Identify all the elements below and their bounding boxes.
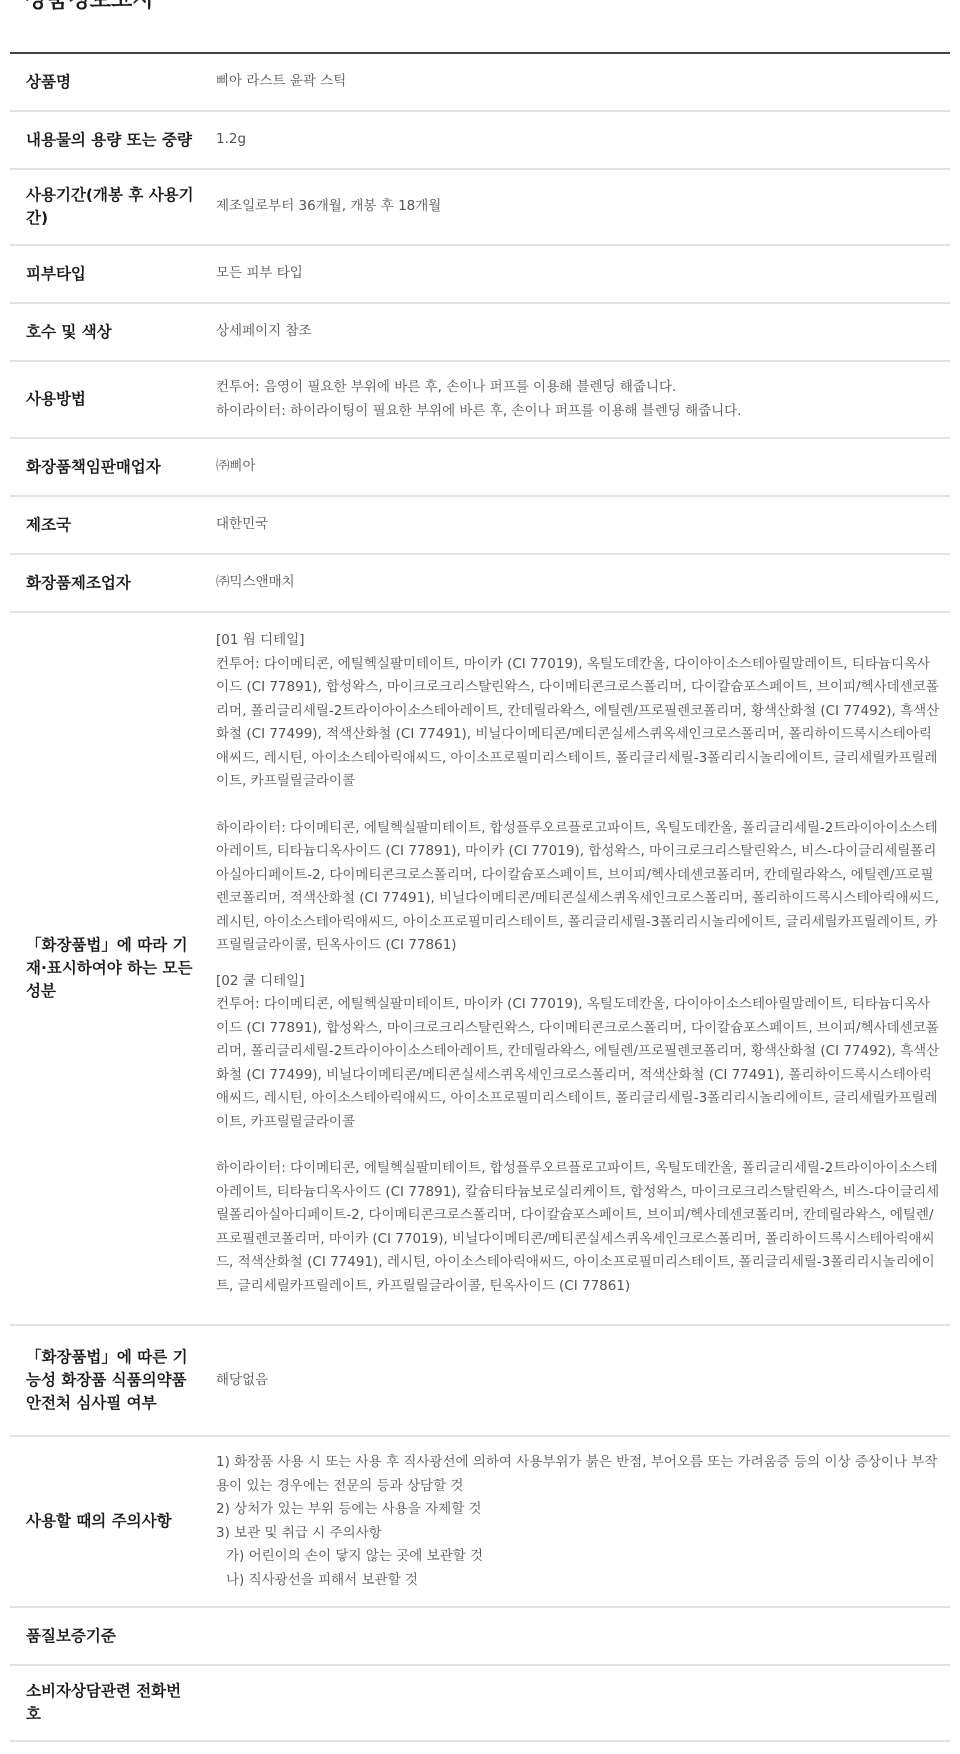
row-label: 내용물의 용량 또는 중량 bbox=[10, 111, 206, 169]
row-label: 소비자상담관련 전화번호 bbox=[10, 1665, 206, 1741]
product-info-notice: 상품정보고시 상품명 삐아 라스트 윤곽 스틱 내용물의 용량 또는 중량 1.… bbox=[0, 0, 960, 1742]
row-value: 제조일로부터 36개월, 개봉 후 18개월 bbox=[206, 169, 950, 245]
table-row-seller: 화장품책임판매업자 ㈜삐아 bbox=[10, 438, 950, 496]
row-label: 화장품책임판매업자 bbox=[10, 438, 206, 496]
info-table: 상품명 삐아 라스트 윤곽 스틱 내용물의 용량 또는 중량 1.2g 사용기간… bbox=[10, 54, 950, 1742]
precaution-line: 가) 어린이의 손이 닿지 않는 곳에 보관할 것 bbox=[216, 1545, 940, 1569]
row-value: [01 웜 디테일] 컨투어: 다이메티콘, 에틸헥실팔미테이트, 마이카 (C… bbox=[206, 612, 950, 1325]
table-row-usage: 사용방법 컨투어: 음영이 필요한 부위에 바른 후, 손이나 퍼프를 이용해 … bbox=[10, 361, 950, 438]
ingredient-highlighter: 하이라이터: 다이메티콘, 에틸헥실팔미테이트, 합성플루오르플로고파이트, 옥… bbox=[216, 817, 940, 958]
page-title: 상품정보고시 bbox=[10, 0, 950, 40]
table-row-manufacturer: 화장품제조업자 ㈜믹스앤매치 bbox=[10, 554, 950, 612]
table-row-shade: 호수 및 색상 상세페이지 참조 bbox=[10, 303, 950, 361]
ingredient-highlighter: 하이라이터: 다이메티콘, 에틸헥실팔미테이트, 합성플루오르플로고파이트, 옥… bbox=[216, 1157, 940, 1298]
row-label: 화장품제조업자 bbox=[10, 554, 206, 612]
row-value: 1) 화장품 사용 시 또는 사용 후 직사광선에 의하여 사용부위가 붉은 반… bbox=[206, 1436, 950, 1607]
row-label: 호수 및 색상 bbox=[10, 303, 206, 361]
ingredient-contour: 컨투어: 다이메티콘, 에틸헥실팔미테이트, 마이카 (CI 77019), 옥… bbox=[216, 993, 940, 1134]
row-label: 제조국 bbox=[10, 496, 206, 554]
table-row-product-name: 상품명 삐아 라스트 윤곽 스틱 bbox=[10, 54, 950, 111]
usage-line: 컨투어: 음영이 필요한 부위에 바른 후, 손이나 퍼프를 이용해 블렌딩 해… bbox=[216, 376, 940, 400]
row-label: 피부타입 bbox=[10, 245, 206, 303]
precaution-line: 2) 상처가 있는 부위 등에는 사용을 자제할 것 bbox=[216, 1498, 940, 1522]
row-label: 품질보증기준 bbox=[10, 1607, 206, 1665]
row-value: 삐아 라스트 윤곽 스틱 bbox=[206, 54, 950, 111]
precaution-line: 나) 직사광선을 피해서 보관할 것 bbox=[216, 1569, 940, 1593]
ingredient-heading: [02 쿨 디테일] bbox=[216, 970, 940, 994]
row-value bbox=[206, 1607, 950, 1665]
row-label: 「화장품법」에 따라 기재·표시하여야 하는 모든 성분 bbox=[10, 612, 206, 1325]
row-label: 사용방법 bbox=[10, 361, 206, 438]
row-value: 해당없음 bbox=[206, 1325, 950, 1436]
row-value: 모든 피부 타입 bbox=[206, 245, 950, 303]
table-row-ingredients: 「화장품법」에 따라 기재·표시하여야 하는 모든 성분 [01 웜 디테일] … bbox=[10, 612, 950, 1325]
table-row-shelf-life: 사용기간(개봉 후 사용기간) 제조일로부터 36개월, 개봉 후 18개월 bbox=[10, 169, 950, 245]
row-value: 1.2g bbox=[206, 111, 950, 169]
row-label: 「화장품법」에 따른 기능성 화장품 식품의약품안전처 심사필 여부 bbox=[10, 1325, 206, 1436]
ingredient-heading: [01 웜 디테일] bbox=[216, 629, 940, 653]
row-value: 컨투어: 음영이 필요한 부위에 바른 후, 손이나 퍼프를 이용해 블렌딩 해… bbox=[206, 361, 950, 438]
table-row-country: 제조국 대한민국 bbox=[10, 496, 950, 554]
row-label: 사용할 때의 주의사항 bbox=[10, 1436, 206, 1607]
table-row-volume: 내용물의 용량 또는 중량 1.2g bbox=[10, 111, 950, 169]
usage-line: 하이라이터: 하이라이팅이 필요한 부위에 바른 후, 손이나 퍼프를 이용해 … bbox=[216, 400, 940, 424]
row-value: 상세페이지 참조 bbox=[206, 303, 950, 361]
ingredient-contour: 컨투어: 다이메티콘, 에틸헥실팔미테이트, 마이카 (CI 77019), 옥… bbox=[216, 653, 940, 794]
row-value bbox=[206, 1665, 950, 1741]
precaution-line: 1) 화장품 사용 시 또는 사용 후 직사광선에 의하여 사용부위가 붉은 반… bbox=[216, 1451, 940, 1498]
table-row-skin-type: 피부타입 모든 피부 타입 bbox=[10, 245, 950, 303]
table-row-precautions: 사용할 때의 주의사항 1) 화장품 사용 시 또는 사용 후 직사광선에 의하… bbox=[10, 1436, 950, 1607]
table-row-quality: 품질보증기준 bbox=[10, 1607, 950, 1665]
row-value: ㈜삐아 bbox=[206, 438, 950, 496]
table-row-functional-review: 「화장품법」에 따른 기능성 화장품 식품의약품안전처 심사필 여부 해당없음 bbox=[10, 1325, 950, 1436]
row-label: 상품명 bbox=[10, 54, 206, 111]
precaution-line: 3) 보관 및 취급 시 주의사항 bbox=[216, 1522, 940, 1546]
row-label: 사용기간(개봉 후 사용기간) bbox=[10, 169, 206, 245]
row-value: 대한민국 bbox=[206, 496, 950, 554]
table-row-contact: 소비자상담관련 전화번호 bbox=[10, 1665, 950, 1741]
row-value: ㈜믹스앤매치 bbox=[206, 554, 950, 612]
